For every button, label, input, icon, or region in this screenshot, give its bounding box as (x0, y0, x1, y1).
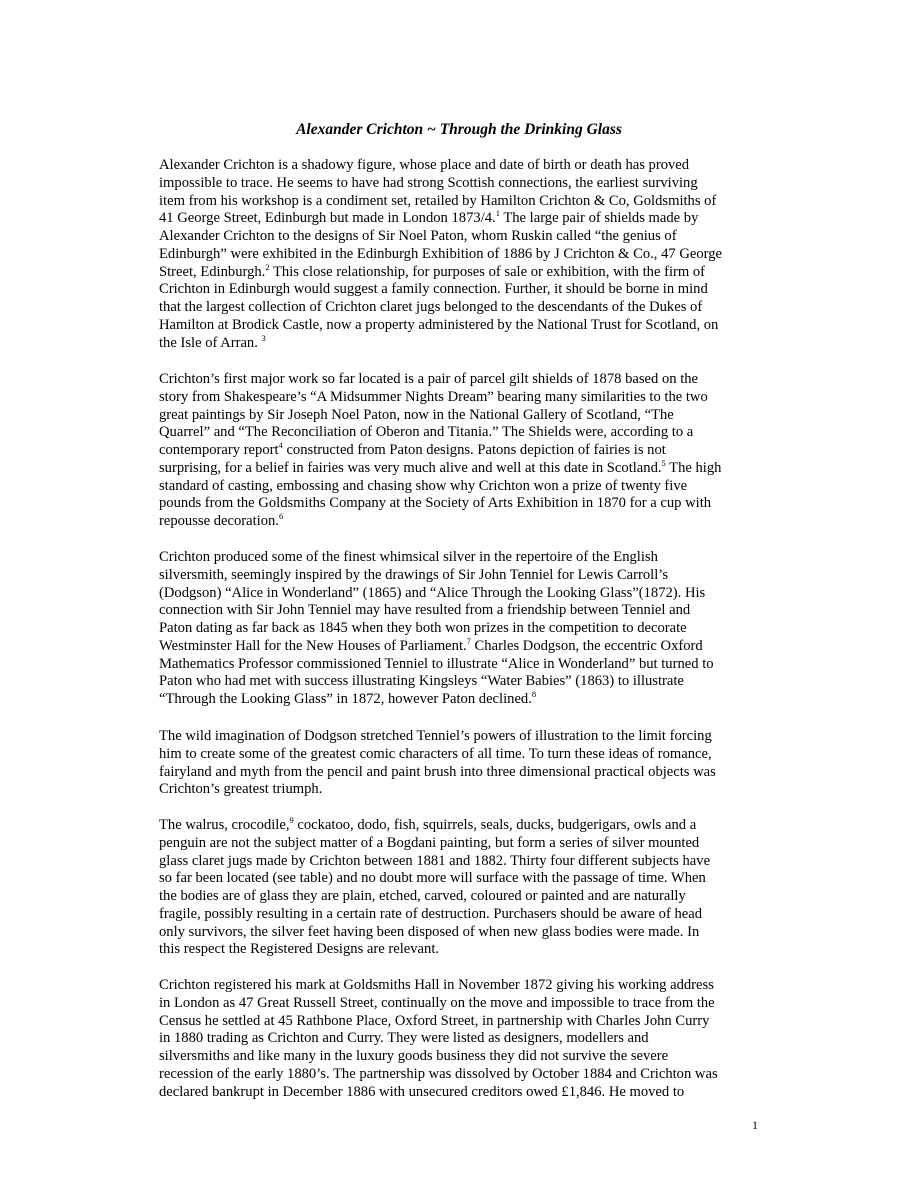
text-line: so far been located (see table) and no d… (159, 870, 779, 888)
text-line: Crichton registered his mark at Goldsmit… (159, 977, 779, 995)
text-line: Census he settled at 45 Rathbone Place, … (159, 1013, 779, 1031)
text-line: only survivors, the silver feet having b… (159, 924, 779, 942)
text-line: contemporary report4 constructed from Pa… (159, 442, 779, 460)
text-line: Alexander Crichton to the designs of Sir… (159, 228, 779, 246)
text-line: standard of casting, embossing and chasi… (159, 478, 779, 496)
text-line: story from Shakespeare’s “A Midsummer Ni… (159, 389, 779, 407)
text-line: (Dodgson) “Alice in Wonderland” (1865) a… (159, 585, 779, 603)
paragraph-6: Crichton registered his mark at Goldsmit… (159, 977, 779, 1101)
text-line: Crichton’s greatest triumph. (159, 781, 779, 799)
paragraph-2: Crichton’s first major work so far locat… (159, 371, 779, 531)
paragraph-3: Crichton produced some of the finest whi… (159, 549, 779, 709)
paragraph-1: Alexander Crichton is a shadowy figure, … (159, 157, 779, 352)
text-line: great paintings by Sir Joseph Noel Paton… (159, 407, 779, 425)
text-line: him to create some of the greatest comic… (159, 746, 779, 764)
text-line: “Through the Looking Glass” in 1872, how… (159, 691, 779, 709)
paragraph-4: The wild imagination of Dodgson stretche… (159, 728, 779, 799)
document-page: Alexander Crichton ~ Through the Drinkin… (0, 0, 918, 1188)
text-line: Hamilton at Brodick Castle, now a proper… (159, 317, 779, 335)
footnote-reference: 8 (532, 689, 536, 699)
text-line: penguin are not the subject matter of a … (159, 835, 779, 853)
text-line: Edinburgh” were exhibited in the Edinbur… (159, 246, 779, 264)
text-line: 41 George Street, Edinburgh but made in … (159, 210, 779, 228)
text-line: pounds from the Goldsmiths Company at th… (159, 495, 779, 513)
text-line: surprising, for a belief in fairies was … (159, 460, 779, 478)
footnote-reference: 6 (279, 511, 283, 521)
text-line: fairyland and myth from the pencil and p… (159, 764, 779, 782)
text-line: The wild imagination of Dodgson stretche… (159, 728, 779, 746)
text-line: in 1880 trading as Crichton and Curry. T… (159, 1030, 779, 1048)
text-line: Crichton’s first major work so far locat… (159, 371, 779, 389)
page-number: 1 (752, 1118, 758, 1132)
text-line: the Isle of Arran. 3 (159, 335, 779, 353)
text-line: fragile, possibly resulting in a certain… (159, 906, 779, 924)
text-line: Paton who had met with success illustrat… (159, 673, 779, 691)
text-line: Mathematics Professor commissioned Tenni… (159, 656, 779, 674)
text-line: Westminster Hall for the New Houses of P… (159, 638, 779, 656)
text-line: connection with Sir John Tenniel may hav… (159, 602, 779, 620)
text-line: glass claret jugs made by Crichton betwe… (159, 853, 779, 871)
text-line: that the largest collection of Crichton … (159, 299, 779, 317)
text-line: Alexander Crichton is a shadowy figure, … (159, 157, 779, 175)
text-line: The walrus, crocodile,9 cockatoo, dodo, … (159, 817, 779, 835)
footnote-reference: 3 (262, 333, 266, 343)
text-line: Crichton produced some of the finest whi… (159, 549, 779, 567)
text-line: silversmith, seemingly inspired by the d… (159, 567, 779, 585)
text-line: recession of the early 1880’s. The partn… (159, 1066, 779, 1084)
text-line: this respect the Registered Designs are … (159, 941, 779, 959)
text-line: Crichton in Edinburgh would suggest a fa… (159, 281, 779, 299)
text-line: repousse decoration.6 (159, 513, 779, 531)
document-title: Alexander Crichton ~ Through the Drinkin… (0, 120, 918, 140)
text-line: silversmiths and like many in the luxury… (159, 1048, 779, 1066)
paragraph-5: The walrus, crocodile,9 cockatoo, dodo, … (159, 817, 779, 959)
text-line: Quarrel” and “The Reconciliation of Ober… (159, 424, 779, 442)
text-line: the bodies are of glass they are plain, … (159, 888, 779, 906)
text-line: item from his workshop is a condiment se… (159, 193, 779, 211)
text-line: in London as 47 Great Russell Street, co… (159, 995, 779, 1013)
text-line: declared bankrupt in December 1886 with … (159, 1084, 779, 1102)
text-line: Street, Edinburgh.2 This close relations… (159, 264, 779, 282)
text-line: impossible to trace. He seems to have ha… (159, 175, 779, 193)
